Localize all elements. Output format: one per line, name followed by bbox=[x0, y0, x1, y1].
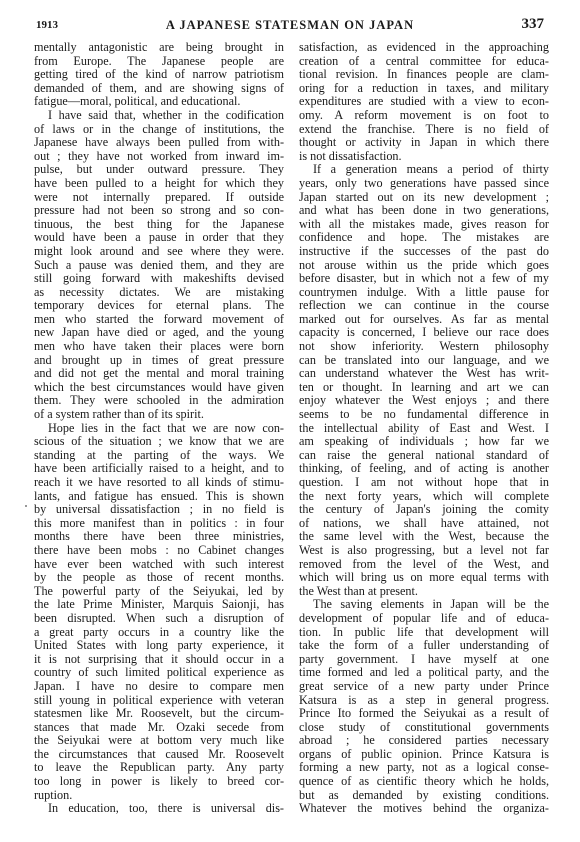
text-line: of nations, we shall have attained, not bbox=[299, 517, 549, 531]
text-line: removed from the level of the West, and bbox=[299, 558, 549, 572]
text-line: demanded of them, and are showing signs … bbox=[34, 82, 284, 96]
text-line: The saving elements in Japan will be the bbox=[299, 598, 549, 612]
text-line: take the form of a fuller understanding … bbox=[299, 639, 549, 653]
text-line: United States with long party experience… bbox=[34, 639, 284, 653]
text-line: been disrupted. When such a disruption o… bbox=[34, 612, 284, 626]
text-line: it is not surprising that it should occu… bbox=[34, 653, 284, 667]
text-line: too long in power is likely to breed cor… bbox=[34, 775, 284, 789]
text-line: In education, too, there is universal di… bbox=[34, 802, 284, 816]
text-line: the circumstances that caused Mr. Roosev… bbox=[34, 748, 284, 762]
text-line: the next forty years, which will complet… bbox=[299, 490, 549, 504]
text-line: before disaster, but in which not a few … bbox=[299, 272, 549, 286]
text-line: were not internally prepared. If outside bbox=[34, 191, 284, 205]
text-line: quence of as cientific theory which he h… bbox=[299, 775, 549, 789]
text-line: Katsura is as a step in general progress… bbox=[299, 694, 549, 708]
text-line: the century of Japan's joining the comit… bbox=[299, 503, 549, 517]
text-line: country of such limited political experi… bbox=[34, 666, 284, 680]
text-line: capacity is concerned, I believe our rac… bbox=[299, 326, 549, 340]
text-line: expenditures are studied with a view to … bbox=[299, 95, 549, 109]
text-line: new Japan have died or aged, and the you… bbox=[34, 326, 284, 340]
text-line: men who started the forward movement of bbox=[34, 313, 284, 327]
text-line: out ; they have not worked from inward i… bbox=[34, 150, 284, 164]
text-line: Japan. I have no desire to compare men bbox=[34, 680, 284, 694]
text-line: this more manifest than in politics : in… bbox=[34, 517, 284, 531]
text-line: oring for a reduction in taxes, and mili… bbox=[299, 82, 549, 96]
text-line: with all the mistakes made, gives reason… bbox=[299, 218, 549, 232]
text-line: Whatever the motives behind the organiza… bbox=[299, 802, 549, 816]
text-line: there have been mobs : no Cabinet change… bbox=[34, 544, 284, 558]
right-column: satisfaction, as evidenced in the approa… bbox=[299, 41, 549, 816]
text-line: Prince Ito formed the Seiyukai as a resu… bbox=[299, 707, 549, 721]
text-line: have been pulled to a height for which t… bbox=[34, 177, 284, 191]
text-line: countrymen indulge. With a little pause … bbox=[299, 286, 549, 300]
text-line: tion. In public life that development wi… bbox=[299, 626, 549, 640]
text-line: thinking, of feeling, and of acting is a… bbox=[299, 462, 549, 476]
text-line: instructive if the successes of the past… bbox=[299, 245, 549, 259]
text-line: extend the franchise. There is no field … bbox=[299, 123, 549, 137]
text-line: abroad ; he considered parties necessary bbox=[299, 734, 549, 748]
text-line: them. They were schooled in the admirati… bbox=[34, 394, 284, 408]
text-line: West is also progressing, but a level no… bbox=[299, 544, 549, 558]
text-line: The powerful party of the Seiyukai, led … bbox=[34, 585, 284, 599]
text-line: years, only two generations have passed … bbox=[299, 177, 549, 191]
text-line: temporary devices for eternal plans. The bbox=[34, 299, 284, 313]
text-line: I have said that, whether in the codific… bbox=[34, 109, 284, 123]
text-line: still young in political experience with… bbox=[34, 694, 284, 708]
text-line: can be translated into our language, and… bbox=[299, 354, 549, 368]
text-line: can raise the general national standard … bbox=[299, 449, 549, 463]
text-line: marked out for ourselves. As far as ment… bbox=[299, 313, 549, 327]
text-line: by the people as those of recent months. bbox=[34, 571, 284, 585]
text-line: seems to be no fundamental difference in bbox=[299, 408, 549, 422]
text-line: Japan started out on its new development… bbox=[299, 191, 549, 205]
text-line: the West than at present. bbox=[299, 585, 549, 599]
text-line: and what has been done in two generation… bbox=[299, 204, 549, 218]
text-line: ruption. bbox=[34, 789, 284, 803]
running-header: 1913 A JAPANESE STATESMAN ON JAPAN 337 bbox=[36, 18, 544, 36]
text-line: standing at the parting of the ways. We bbox=[34, 449, 284, 463]
text-line: as necessity dictates. We are mistaking bbox=[34, 286, 284, 300]
text-line: Such a pause was denied them, and they a… bbox=[34, 259, 284, 273]
text-line: not arouse within us the pride which goe… bbox=[299, 259, 549, 273]
text-line: of a system rather than of its spirit. bbox=[34, 408, 284, 422]
text-line: omy. A reform movement is on foot to bbox=[299, 109, 549, 123]
text-line: If a generation means a period of thirty bbox=[299, 163, 549, 177]
text-line: months there have been three ministries, bbox=[34, 530, 284, 544]
text-line: party government. I have myself at one bbox=[299, 653, 549, 667]
text-line: tinuous, the best thing for the Japanese bbox=[34, 218, 284, 232]
text-line: but as demanded by existing conditions. bbox=[299, 789, 549, 803]
text-line: men who have taken their places were bor… bbox=[34, 340, 284, 354]
text-line: reflection we can continue in the course bbox=[299, 299, 549, 313]
page-number: 337 bbox=[522, 16, 545, 33]
text-line: from Europe. The Japanese people are bbox=[34, 55, 284, 69]
left-column: mentally antagonistic are being brought … bbox=[34, 41, 284, 816]
text-line: tional revision. In finances people are … bbox=[299, 68, 549, 82]
text-line: still going forward with makeshifts devi… bbox=[34, 272, 284, 286]
text-line: mentally antagonistic are being brought … bbox=[34, 41, 284, 55]
text-line: have been artificially raised to a heigh… bbox=[34, 462, 284, 476]
text-line: ten or thought. In learning and art we c… bbox=[299, 381, 549, 395]
text-line: great service of a new party under Princ… bbox=[299, 680, 549, 694]
text-line: the intellectual ability of East and Wes… bbox=[299, 422, 549, 436]
text-line: and did not get the mental and moral tra… bbox=[34, 367, 284, 381]
margin-mark bbox=[25, 505, 27, 507]
text-line: have ever been watched with such interes… bbox=[34, 558, 284, 572]
text-line: am speaking of individuals ; how far we bbox=[299, 435, 549, 449]
text-line: confidence and hope. The mistakes are bbox=[299, 231, 549, 245]
text-line: might look around and see where they wer… bbox=[34, 245, 284, 259]
text-line: close study of constitutional government… bbox=[299, 721, 549, 735]
text-line: not show inferiority. Western philosophy bbox=[299, 340, 549, 354]
text-line: is not dissatisfaction. bbox=[299, 150, 549, 164]
text-line: to leave the Republican party. Any party bbox=[34, 761, 284, 775]
text-line: development of popular life and of educa… bbox=[299, 612, 549, 626]
text-line: time formed and led a political party, a… bbox=[299, 666, 549, 680]
text-line: which the best circumstances would have … bbox=[34, 381, 284, 395]
text-line: and brought up in times of great pressur… bbox=[34, 354, 284, 368]
text-line: the same level with the West, because th… bbox=[299, 530, 549, 544]
text-line: Japanese have always been pulled from wi… bbox=[34, 136, 284, 150]
text-line: a great party occurs in a country like t… bbox=[34, 626, 284, 640]
text-line: fatigue—moral, political, and educationa… bbox=[34, 95, 284, 109]
text-line: satisfaction, as evidenced in the approa… bbox=[299, 41, 549, 55]
text-line: would have been a pause in order that th… bbox=[34, 231, 284, 245]
text-line: stances that made Mr. Ozaki secede from bbox=[34, 721, 284, 735]
text-line: pulse, but under outward pressure. They bbox=[34, 163, 284, 177]
text-line: Hope lies in the fact that we are now co… bbox=[34, 422, 284, 436]
text-line: lants, and fatigue has ensued. This is s… bbox=[34, 490, 284, 504]
text-line: pressure had not been so strong and so c… bbox=[34, 204, 284, 218]
text-line: creation of a central committee for educ… bbox=[299, 55, 549, 69]
text-line: getting tired of the kind of narrow patr… bbox=[34, 68, 284, 82]
text-line: scious of the situation ; we know that w… bbox=[34, 435, 284, 449]
text-line: question. I am not without hope that in bbox=[299, 476, 549, 490]
text-line: can understand whatever the West has wri… bbox=[299, 367, 549, 381]
text-line: the late Prime Minister, Marquis Saionji… bbox=[34, 598, 284, 612]
text-line: the Seiyukai were at bottom very much li… bbox=[34, 734, 284, 748]
text-line: statesmen like Mr. Roosevelt, but the ci… bbox=[34, 707, 284, 721]
text-line: which will bring us on more equal terms … bbox=[299, 571, 549, 585]
text-line: organs of public opinion. Prince Katsura… bbox=[299, 748, 549, 762]
header-title: A JAPANESE STATESMAN ON JAPAN bbox=[36, 18, 544, 33]
text-line: forming a new party, not as a logical co… bbox=[299, 761, 549, 775]
text-line: of laws or in the change of institutions… bbox=[34, 123, 284, 137]
text-line: reach it we have resorted to all kinds o… bbox=[34, 476, 284, 490]
text-line: by universal dissatisfaction ; in no fie… bbox=[34, 503, 284, 517]
text-line: enjoy whatever the West enjoys ; and the… bbox=[299, 394, 549, 408]
text-line: thought or activity in Japan in which th… bbox=[299, 136, 549, 150]
